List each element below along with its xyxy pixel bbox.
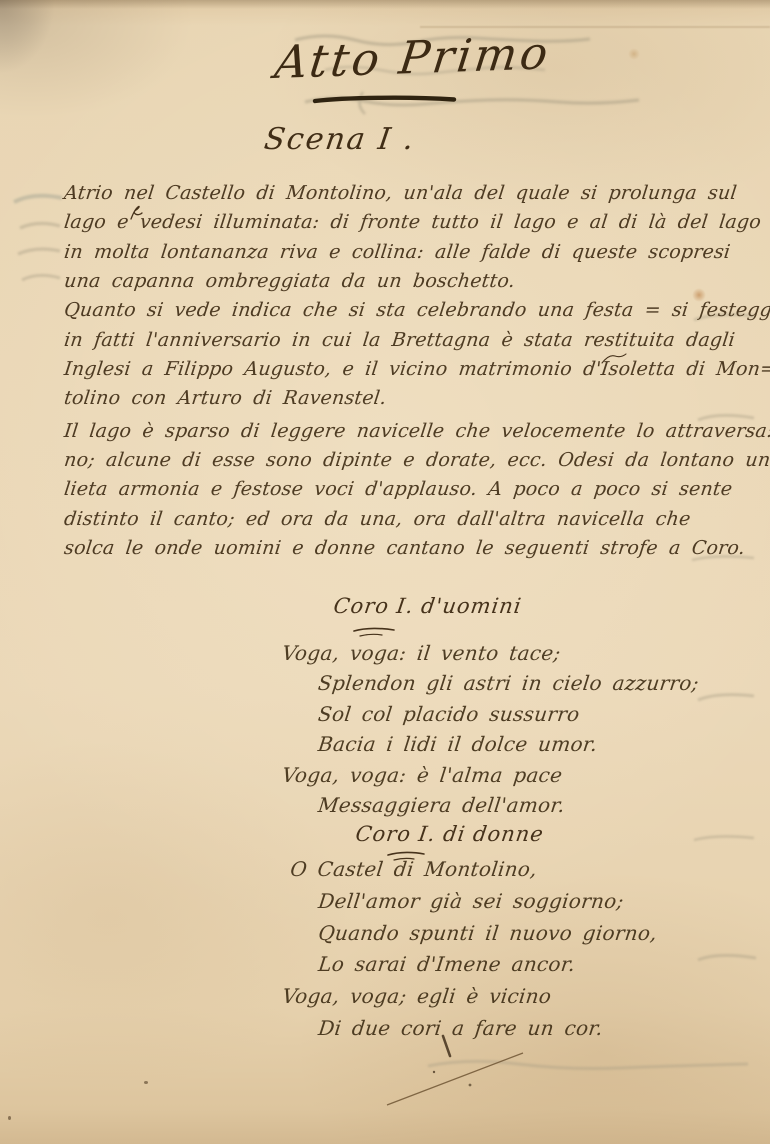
stage-direction-line: lieta armonia e festose voci d'applauso.… bbox=[62, 478, 770, 507]
pen-slash-mark bbox=[370, 1030, 540, 1120]
verse-line: O Castel di Montolino, bbox=[280, 857, 659, 889]
chorus-women-heading: Coro I. di donne bbox=[354, 822, 545, 846]
stage-direction-line: Il lago è sparso di leggere navicelle ch… bbox=[62, 420, 770, 449]
ink-speck bbox=[144, 1081, 148, 1084]
stage-direction-line: Atrio nel Castello di Montolino, un'ala … bbox=[62, 182, 770, 211]
verse-line: Voga, voga: il vento tace; bbox=[280, 641, 700, 671]
verse-line: Voga, voga; egli è vicino bbox=[280, 984, 659, 1016]
insertion-mark bbox=[126, 198, 146, 222]
stage-direction-line: distinto il canto; ed ora da una, ora da… bbox=[62, 508, 770, 537]
verse-line: Quando spunti il nuovo giorno, bbox=[280, 921, 659, 953]
insertion-mark bbox=[600, 352, 628, 366]
page-corner-shadow bbox=[0, 0, 60, 80]
stage-direction-line: lago e vedesi illuminata: di fronte tutt… bbox=[62, 211, 770, 240]
stage-direction-line: tolino con Arturo di Ravenstel. bbox=[62, 387, 770, 416]
stage-directions: Atrio nel Castello di Montolino, un'ala … bbox=[62, 182, 770, 566]
scene-heading: Scena I . bbox=[262, 122, 418, 157]
stage-direction-line: in molta lontananza riva e collina: alle… bbox=[62, 241, 770, 270]
verse-line: Messaggiera dell'amor. bbox=[280, 793, 700, 823]
chorus-men-underline bbox=[352, 626, 396, 638]
stage-direction-line: Inglesi a Filippo Augusto, e il vicino m… bbox=[62, 358, 770, 387]
stage-direction-line: in fatti l'anniversario in cui la Bretta… bbox=[62, 329, 770, 358]
ink-speck bbox=[8, 1116, 11, 1120]
act-title: Atto Primo bbox=[272, 26, 554, 89]
verse-line: Lo sarai d'Imene ancor. bbox=[280, 952, 659, 984]
verse-line: Splendon gli astri in cielo azzurro; bbox=[280, 671, 700, 701]
stage-direction-line: una capanna ombreggiata da un boschetto. bbox=[62, 270, 770, 299]
manuscript-page: Atto Primo Scena I . Atrio nel Castello … bbox=[0, 0, 770, 1144]
verse-line: Dell'amor già sei soggiorno; bbox=[280, 889, 659, 921]
verse-line: Voga, voga: è l'alma pace bbox=[280, 763, 700, 793]
faint-stain bbox=[628, 48, 640, 60]
title-underline-flourish bbox=[314, 94, 456, 106]
chorus-men-stanza: Voga, voga: il vento tace; Splendon gli … bbox=[280, 641, 697, 823]
stage-direction-line: Quanto si vede indica che si sta celebra… bbox=[62, 299, 770, 328]
stage-direction-line: no; alcune di esse sono dipinte e dorate… bbox=[62, 449, 770, 478]
page-top-edge-shadow bbox=[0, 0, 770, 9]
chorus-men-heading: Coro I. d'uomini bbox=[332, 594, 523, 618]
chorus-women-stanza: O Castel di Montolino, Dell'amor già sei… bbox=[280, 857, 655, 1048]
stage-direction-line: solca le onde uomini e donne cantano le … bbox=[62, 537, 770, 566]
verse-line: Bacia i lidi il dolce umor. bbox=[280, 732, 700, 762]
verse-line: Sol col placido sussurro bbox=[280, 702, 700, 732]
